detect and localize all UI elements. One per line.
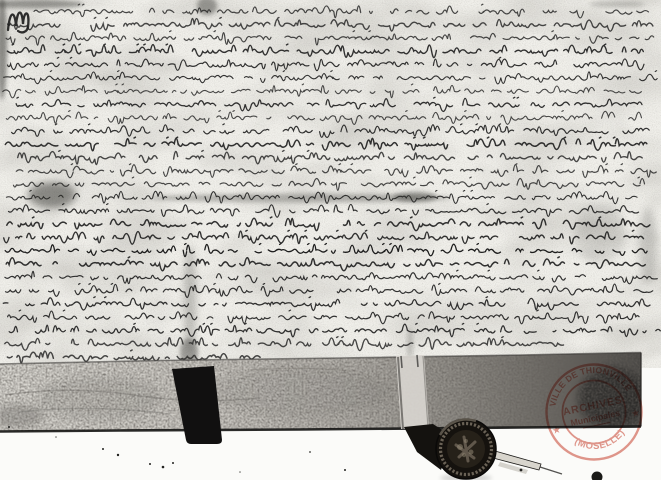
charter-photograph: VILLE DE THIONVILLE (MOSELLE) ARCHIVES M… bbox=[0, 0, 661, 480]
wax-seal bbox=[436, 419, 496, 480]
charter-photo-canvas: VILLE DE THIONVILLE (MOSELLE) ARCHIVES M… bbox=[0, 0, 661, 480]
parchment bbox=[0, 0, 661, 368]
